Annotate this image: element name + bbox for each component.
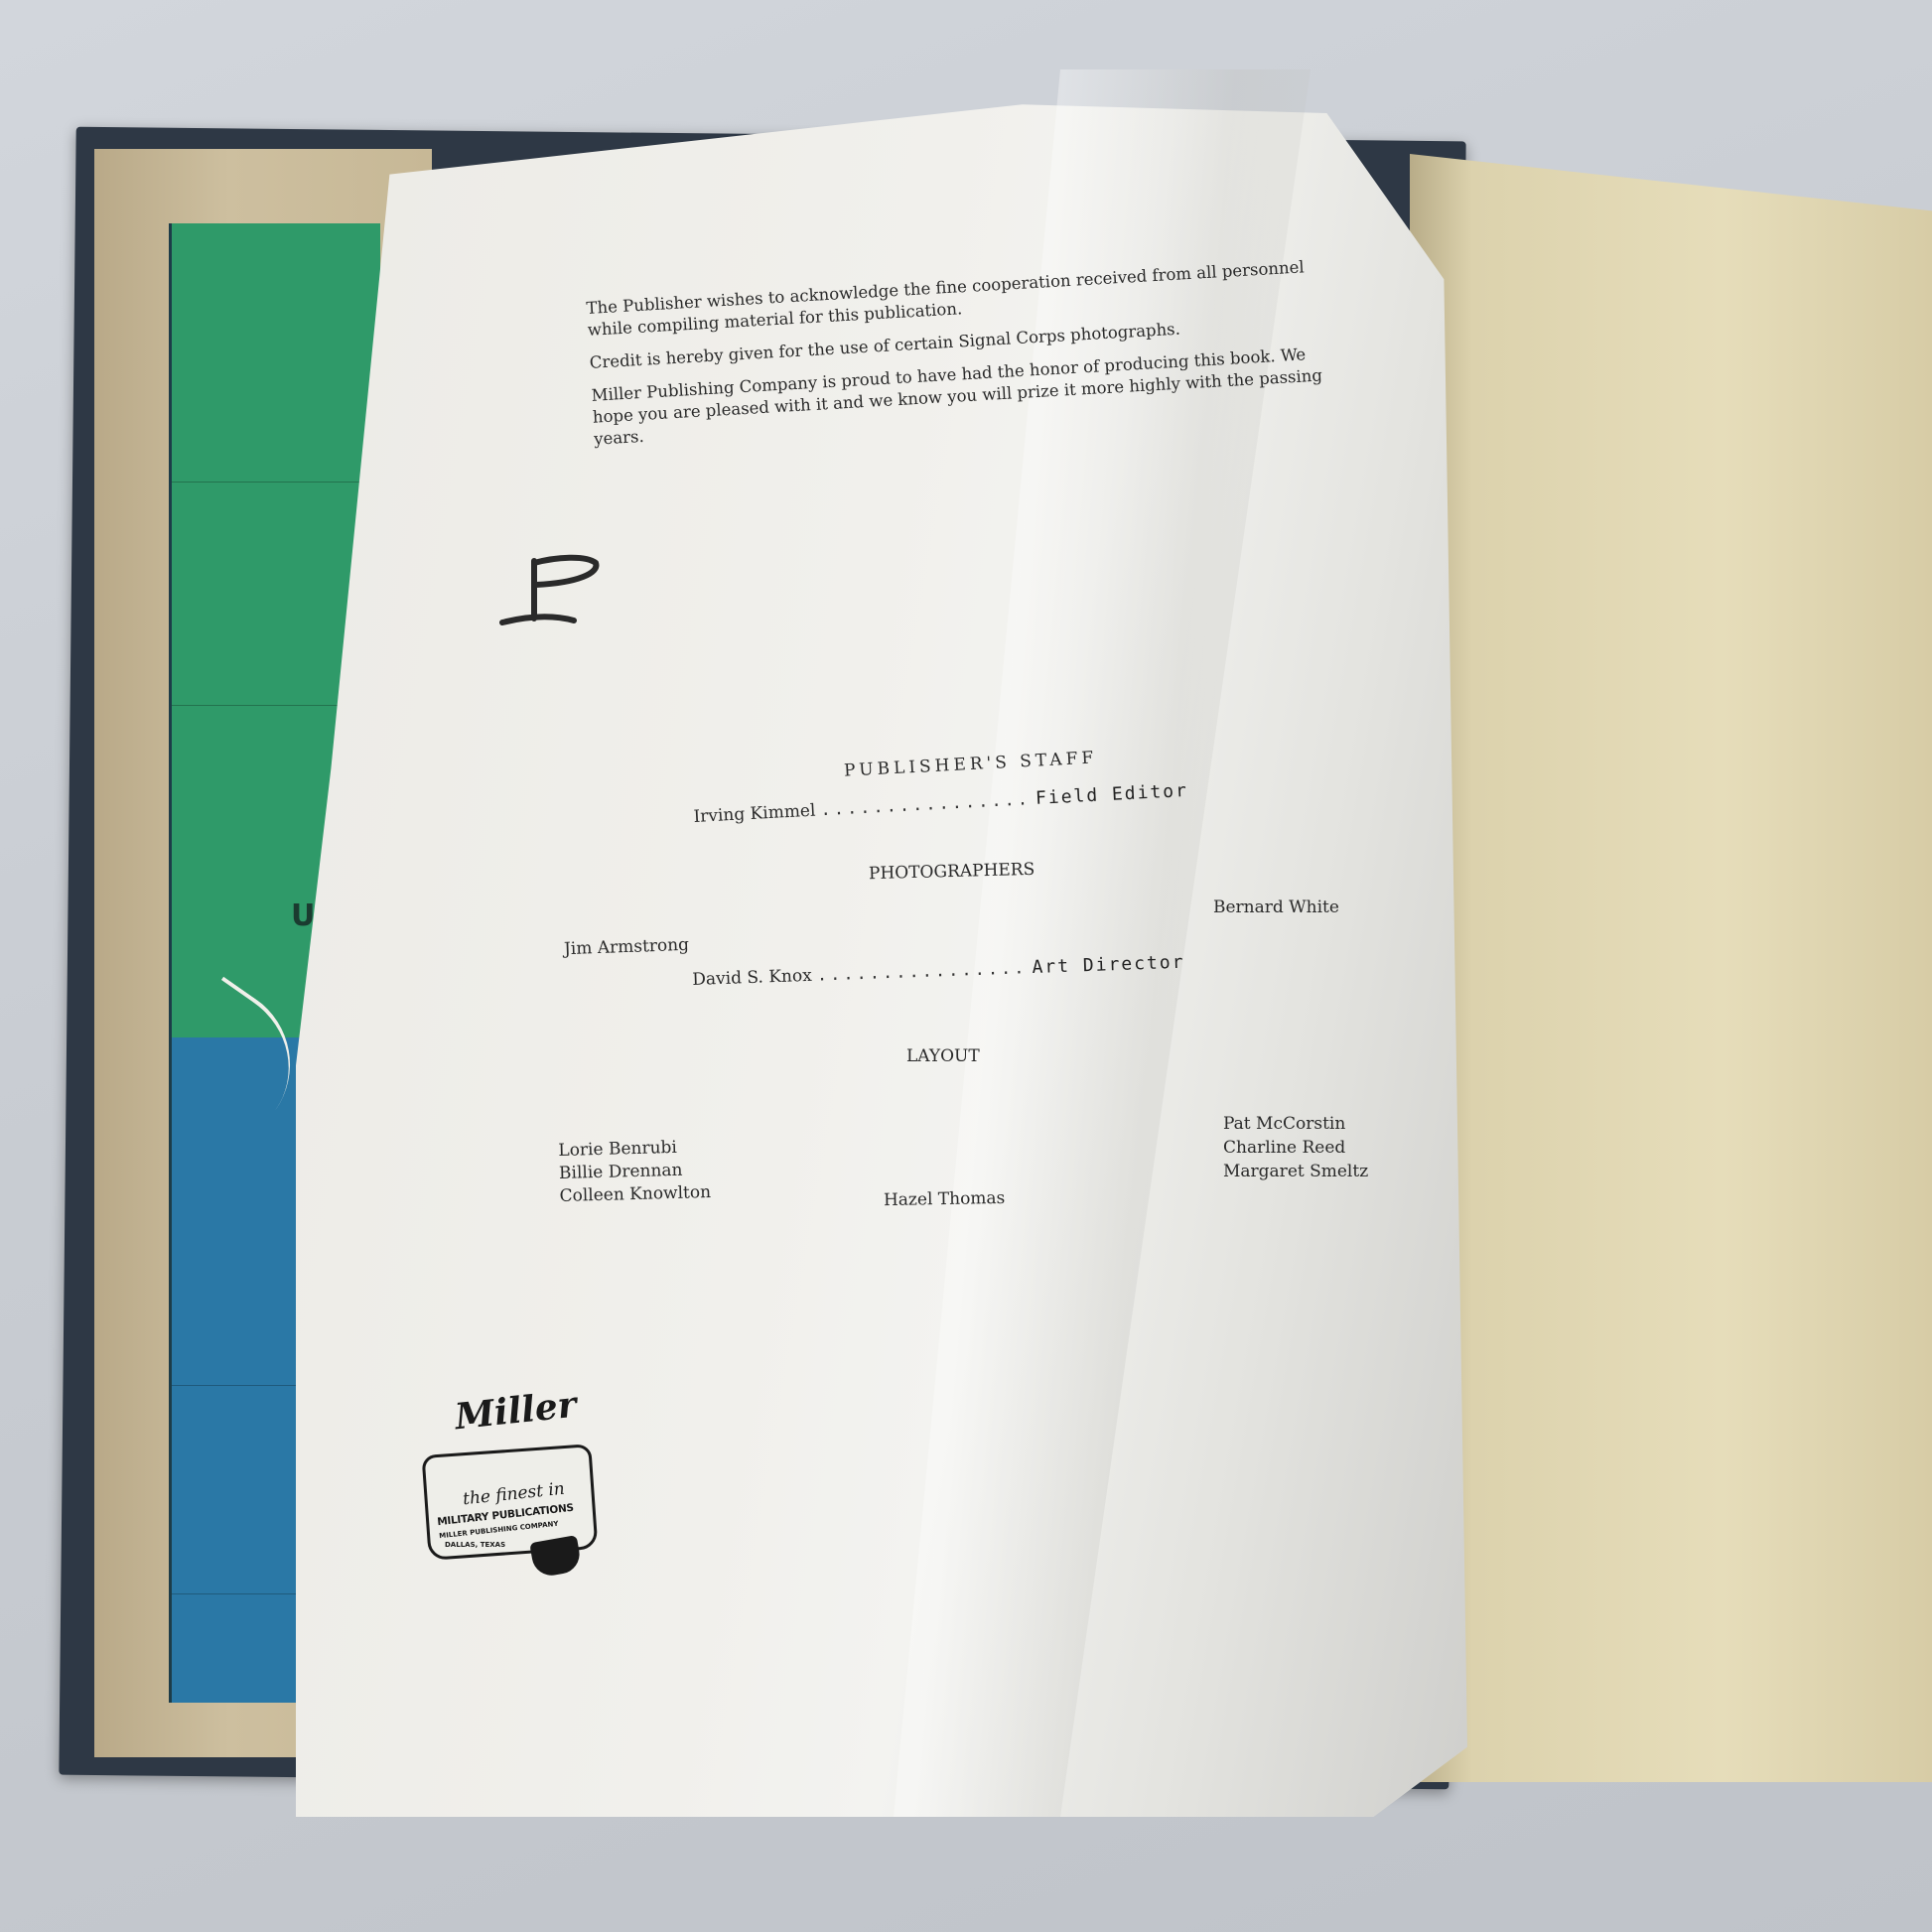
photographer-name: Bernard White <box>1213 897 1339 917</box>
map-gridline <box>172 482 380 483</box>
shield-icon <box>529 1535 583 1579</box>
miller-publishing-logo: Miller the finest in MILITARY PUBLICATIO… <box>415 1390 604 1579</box>
right-blank-page <box>1410 154 1932 1782</box>
logo-line-3: DALLAS, TEXAS <box>445 1541 505 1549</box>
layout-center-name: Hazel Thomas <box>884 1188 1006 1210</box>
layout-left-list: Lorie Benrubi Billie Drennan Colleen Kno… <box>558 1136 711 1208</box>
layout-name: Charline Reed <box>1223 1136 1368 1160</box>
layout-right-list: Pat McCorstin Charline Reed Margaret Sme… <box>1223 1112 1368 1183</box>
layout-heading: LAYOUT <box>906 1046 980 1066</box>
layout-name: Colleen Knowlton <box>559 1181 711 1208</box>
art-director-name: David S. Knox <box>692 966 812 990</box>
layout-name: Pat McCorstin <box>1223 1112 1368 1136</box>
logo-brand: Miller <box>453 1384 578 1439</box>
layout-name: Margaret Smeltz <box>1223 1160 1368 1183</box>
handwritten-p-mark <box>496 551 606 635</box>
